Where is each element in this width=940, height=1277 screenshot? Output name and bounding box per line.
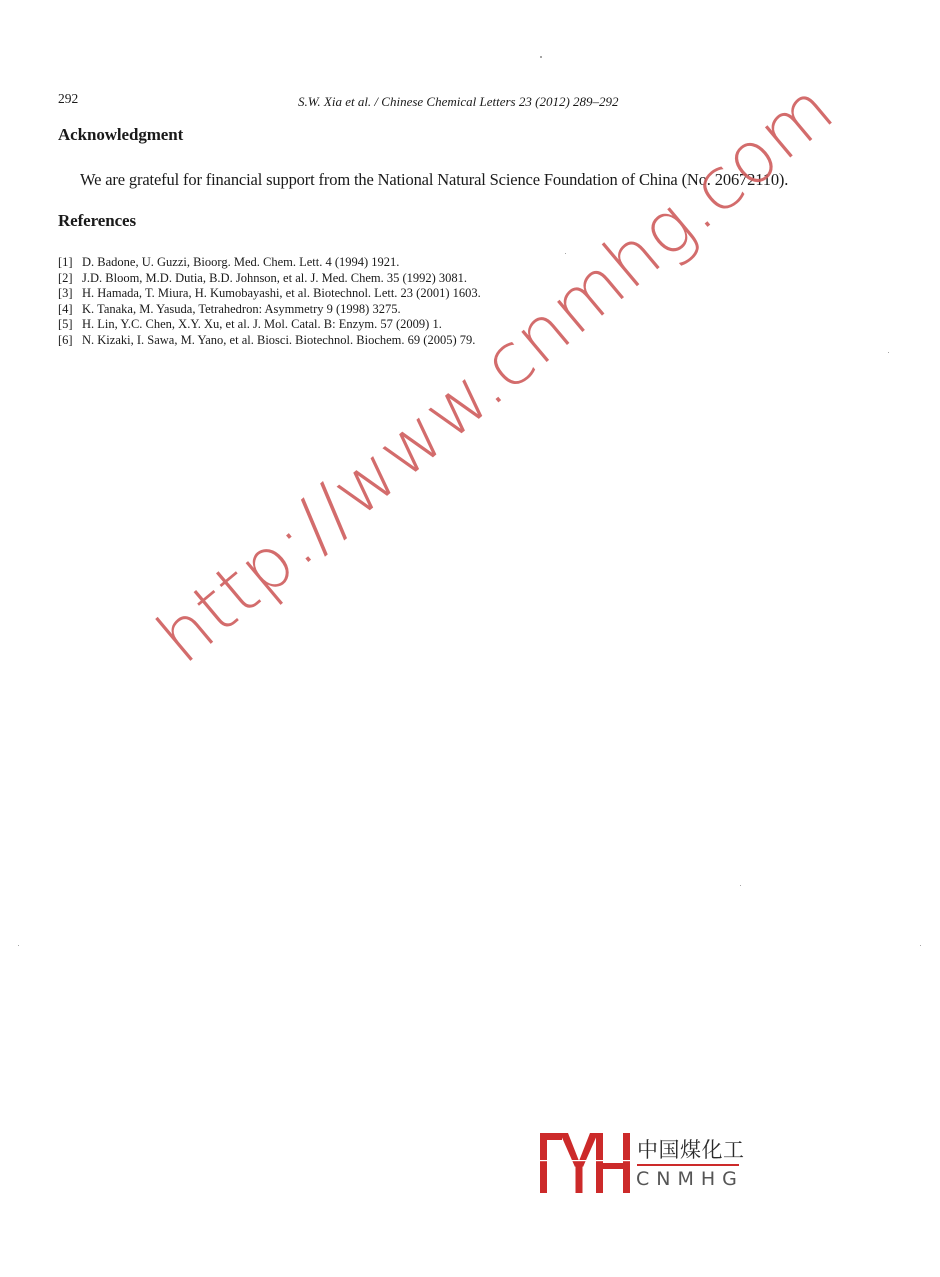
- reference-item: [1]D. Badone, U. Guzzi, Bioorg. Med. Che…: [58, 255, 481, 271]
- scan-speck: [888, 352, 889, 353]
- acknowledgment-heading: Acknowledgment: [58, 125, 183, 145]
- reference-number: [6]: [58, 333, 82, 349]
- logo-divider: [637, 1164, 739, 1166]
- reference-number: [4]: [58, 302, 82, 318]
- reference-text: N. Kizaki, I. Sawa, M. Yano, et al. Bios…: [82, 333, 475, 347]
- reference-item: [2]J.D. Bloom, M.D. Dutia, B.D. Johnson,…: [58, 271, 481, 287]
- reference-item: [6]N. Kizaki, I. Sawa, M. Yano, et al. B…: [58, 333, 481, 349]
- mh-monogram-icon: [540, 1133, 630, 1193]
- logo-chinese-name: 中国煤化工: [637, 1134, 745, 1164]
- scan-speck: [18, 945, 19, 946]
- reference-number: [3]: [58, 286, 82, 302]
- scan-speck: [920, 945, 921, 946]
- scan-speck: [540, 56, 542, 58]
- reference-item: [4]K. Tanaka, M. Yasuda, Tetrahedron: As…: [58, 302, 481, 318]
- reference-number: [5]: [58, 317, 82, 333]
- scan-speck: [565, 253, 566, 254]
- watermark-url: http://www.cnmhg.com: [141, 66, 849, 680]
- reference-number: [1]: [58, 255, 82, 271]
- logo-english-name: CNMHG: [636, 1168, 744, 1190]
- reference-item: [5]H. Lin, Y.C. Chen, X.Y. Xu, et al. J.…: [58, 317, 481, 333]
- reference-number: [2]: [58, 271, 82, 287]
- reference-text: H. Hamada, T. Miura, H. Kumobayashi, et …: [82, 286, 481, 300]
- reference-list: [1]D. Badone, U. Guzzi, Bioorg. Med. Che…: [58, 255, 481, 349]
- reference-text: H. Lin, Y.C. Chen, X.Y. Xu, et al. J. Mo…: [82, 317, 442, 331]
- reference-text: D. Badone, U. Guzzi, Bioorg. Med. Chem. …: [82, 255, 399, 269]
- reference-text: K. Tanaka, M. Yasuda, Tetrahedron: Asymm…: [82, 302, 401, 316]
- reference-item: [3]H. Hamada, T. Miura, H. Kumobayashi, …: [58, 286, 481, 302]
- reference-text: J.D. Bloom, M.D. Dutia, B.D. Johnson, et…: [82, 271, 467, 285]
- page-number: 292: [58, 91, 78, 107]
- scan-speck: [740, 885, 741, 886]
- references-heading: References: [58, 211, 136, 231]
- running-header: S.W. Xia et al. / Chinese Chemical Lette…: [298, 94, 619, 110]
- publisher-logo: 中国煤化工 CNMHG: [540, 1133, 745, 1195]
